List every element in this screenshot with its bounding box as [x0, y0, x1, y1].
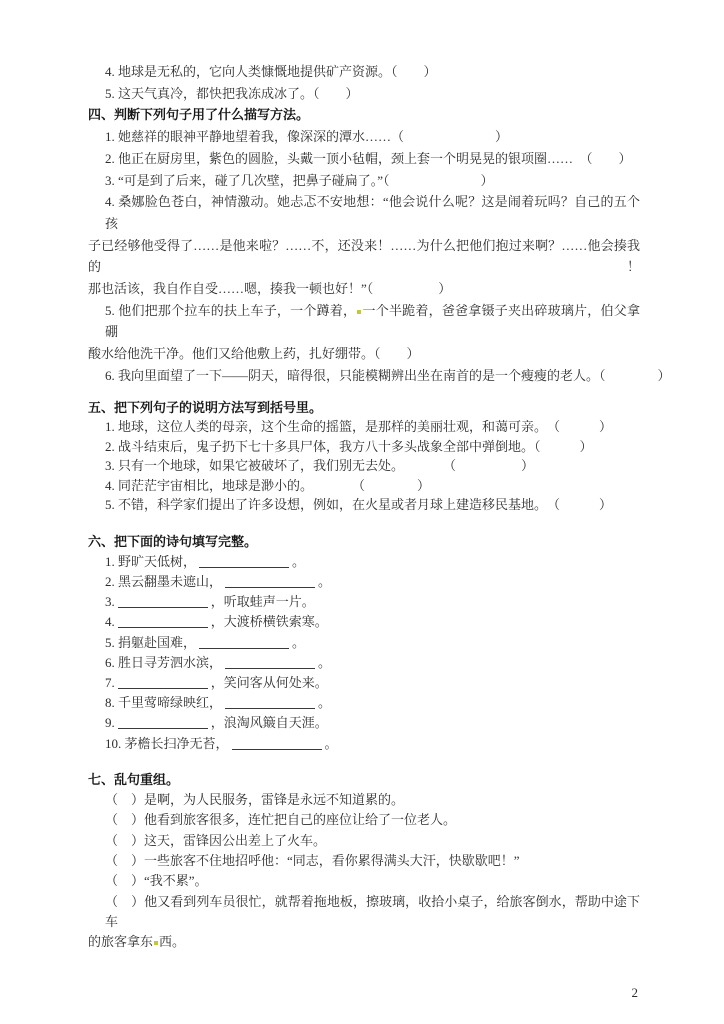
fill-in-blank [118, 614, 208, 628]
poem-text: ，听取蛙声一片。 [211, 594, 315, 609]
poem-text: ，笑问客从何处来。 [211, 675, 328, 690]
question-text: 5. 不错，科学家们提出了许多设想，例如，在火星或者月球上建造移民基地。 （ ） [105, 497, 612, 512]
poem-item: 1. 野旷天低树，。 [88, 552, 640, 572]
section-5-explanation-methods: 五、把下列句子的说明方法写到括号里。 1. 地球，这位人类的母亲，这个生命的摇篮… [88, 398, 640, 515]
question-item: 6. 我向里面望了一下——阴天，暗得很，只能模糊辨出坐在南首的是一个瘦瘦的老人。… [88, 365, 640, 387]
question-continuation: 酸水给他洗干净。他们又给他敷上药，扎好绷带。（ ） [88, 343, 640, 365]
question-text: 6. 我向里面望了一下——阴天，暗得很，只能模糊辨出坐在南首的是一个瘦瘦的老人。… [105, 368, 671, 383]
poem-text: 。 [292, 635, 305, 650]
poem-text: 5. 捐躯赴国难， [105, 635, 196, 650]
poem-item: 10. 茅檐长扫净无苔，。 [88, 734, 640, 754]
sentence-item: （ ）他又看到列车员很忙，就帮着拖地板，擦玻璃，收拾小桌子，给旅客倒水，帮助中途… [88, 892, 640, 933]
question-item: 1. 她慈祥的眼神平静地望着我，像深深的潭水……（ ） [88, 126, 640, 148]
section-6-poem-completion: 六、把下面的诗句填写完整。 1. 野旷天低树，。 2. 黑云翻墨未遮山，。 3.… [88, 532, 640, 754]
poem-item: 3.，听取蛙声一片。 [88, 592, 640, 612]
sentence-text: 西。 [159, 934, 185, 949]
sentence-text: （ ）这天，雷锋因公出差上了火车。 [105, 833, 326, 848]
section-continued-items: 4. 地球是无私的，它向人类慷慨地提供矿产资源。（ ） 5. 这天气真冷，都快把… [88, 61, 640, 104]
fill-in-blank [199, 635, 289, 649]
question-item: 3. “可是到了后来，碰了几次壁，把鼻子碰扁了。”（ ） [88, 170, 640, 192]
question-text: 4. 同茫茫宇宙相比，地球是渺小的。 （ ） [105, 478, 430, 493]
sentence-item: （ ）这天，雷锋因公出差上了火车。 [88, 831, 640, 851]
sentence-item: （ ）是啊，为人民服务，雷锋是永远不知道累的。 [88, 790, 640, 810]
poem-item: 6. 胜日寻芳泗水滨，。 [88, 653, 640, 673]
page-number: 2 [632, 985, 639, 1001]
poem-text: 2. 黑云翻墨未遮山， [105, 574, 222, 589]
question-continuation: 那也活该，我自作自受……嗯，揍我一顿也好！”（ ） [88, 278, 640, 300]
poem-text: ，浪淘风簸自天涯。 [211, 715, 328, 730]
question-item: 1. 地球，这位人类的母亲，这个生命的摇篮，是那样的美丽壮观，和蔼可亲。 （ ） [88, 417, 640, 437]
question-item: 5. 他们把那个拉车的扶上车子，一个蹲着，一个半跪着，爸爸拿镊子夹出碎玻璃片，伯… [88, 300, 640, 343]
poem-item: 9.，浪淘风簸自天涯。 [88, 713, 640, 733]
section-4-description-methods: 四、判断下列句子用了什么描写方法。 1. 她慈祥的眼神平静地望着我，像深深的潭水… [88, 104, 640, 386]
sentence-continuation: 的旅客拿东西。 [88, 932, 640, 952]
poem-text: 。 [318, 695, 331, 710]
poem-text: 。 [292, 554, 305, 569]
poem-text: 4. [105, 614, 115, 629]
poem-text: 8. 千里莺啼绿映红， [105, 695, 222, 710]
question-item: 2. 战斗结束后，鬼子扔下七十多具尸体，我方八十多头战象全部中弹倒地。（ ） [88, 437, 640, 457]
question-text: 1. 她慈祥的眼神平静地望着我，像深深的潭水……（ ） [105, 129, 508, 144]
section-7-sentence-reorder: 七、乱句重组。 （ ）是啊，为人民服务，雷锋是永远不知道累的。 （ ）他看到旅客… [88, 770, 640, 953]
section-heading: 六、把下面的诗句填写完整。 [88, 532, 640, 552]
question-item: 4. 桑娜脸色苍白，神情激动。她忐忑不安地想：“他会说什么呢？这是闹着玩吗？自己… [88, 191, 640, 234]
sentence-text: （ ）他看到旅客很多，连忙把自己的座位让给了一位老人。 [105, 812, 456, 827]
question-item: 3. 只有一个地球，如果它被破坏了，我们别无去处。 （ ） [88, 456, 640, 476]
question-text: 4. 地球是无私的，它向人类慷慨地提供矿产资源。（ ） [105, 64, 437, 79]
question-text: 5. 这天气真冷，都快把我冻成冰了。（ ） [105, 86, 359, 101]
question-text: 酸水给他洗干净。他们又给他敷上药，扎好绷带。（ ） [88, 346, 420, 361]
question-item: 4. 地球是无私的，它向人类慷慨地提供矿产资源。（ ） [88, 61, 640, 83]
document-page: 4. 地球是无私的，它向人类慷慨地提供矿产资源。（ ） 5. 这天气真冷，都快把… [0, 0, 724, 1024]
poem-item: 4.，大渡桥横铁索寒。 [88, 612, 640, 632]
poem-text: 6. 胜日寻芳泗水滨， [105, 655, 222, 670]
poem-text: ，大渡桥横铁索寒。 [211, 614, 328, 629]
sentence-item: （ ）“我不累”。 [88, 871, 640, 891]
poem-item: 7.，笑问客从何处来。 [88, 673, 640, 693]
poem-text: 10. 茅檐长扫净无苔， [105, 736, 229, 751]
sentence-item: （ ）一些旅客不住地招呼他：“同志，看你累得满头大汗，快歇歇吧！” [88, 851, 640, 871]
fill-in-blank [118, 594, 208, 608]
sentence-text: （ ）一些旅客不住地招呼他：“同志，看你累得满头大汗，快歇歇吧！” [105, 853, 520, 868]
poem-item: 8. 千里莺啼绿映红，。 [88, 693, 640, 713]
section-heading: 四、判断下列句子用了什么描写方法。 [88, 104, 640, 126]
question-text: 2. 战斗结束后，鬼子扔下七十多具尸体，我方八十多头战象全部中弹倒地。（ ） [105, 439, 593, 454]
section-heading: 五、把下列句子的说明方法写到括号里。 [88, 398, 640, 418]
sentence-item: （ ）他看到旅客很多，连忙把自己的座位让给了一位老人。 [88, 810, 640, 830]
poem-text: 7. [105, 675, 115, 690]
question-item: 5. 这天气真冷，都快把我冻成冰了。（ ） [88, 83, 640, 105]
poem-item: 5. 捐躯赴国难，。 [88, 633, 640, 653]
question-item: 2. 他正在厨房里，紫色的圆脸，头戴一顶小毡帽，颈上套一个明晃晃的银项圈…… （… [88, 148, 640, 170]
question-text: 那也活该，我自作自受……嗯，揍我一顿也好！”（ ） [88, 281, 451, 296]
question-continuation: 子已经够他受得了……是他来啦？……不，还没来！……为什么把他们抱过来啊？……他会… [88, 235, 640, 278]
sentence-text: （ ）是啊，为人民服务，雷锋是永远不知道累的。 [105, 792, 404, 807]
sentence-text: 的旅客拿东 [88, 934, 153, 949]
poem-text: 。 [325, 736, 338, 751]
poem-text: 3. [105, 594, 115, 609]
section-heading: 七、乱句重组。 [88, 770, 640, 790]
question-text: 2. 他正在厨房里，紫色的圆脸，头戴一顶小毡帽，颈上套一个明晃晃的银项圈…… （… [105, 151, 632, 166]
fill-in-blank [225, 695, 315, 709]
sentence-text: （ ）“我不累”。 [105, 873, 208, 888]
poem-item: 2. 黑云翻墨未遮山，。 [88, 572, 640, 592]
worksheet-content: 4. 地球是无私的，它向人类慷慨地提供矿产资源。（ ） 5. 这天气真冷，都快把… [88, 61, 640, 952]
question-text: 3. “可是到了后来，碰了几次壁，把鼻子碰扁了。”（ ） [105, 173, 494, 188]
question-text: 子已经够他受得了……是他来啦？……不，还没来！……为什么把他们抱过来啊？……他会… [88, 238, 640, 275]
poem-text: 9. [105, 715, 115, 730]
question-text: 4. 桑娜脸色苍白，神情激动。她忐忑不安地想：“他会说什么呢？这是闹着玩吗？自己… [105, 194, 640, 231]
sentence-text: （ ）他又看到列车员很忙，就帮着拖地板，擦玻璃，收拾小桌子，给旅客倒水，帮助中途… [105, 894, 640, 929]
poem-text: 1. 野旷天低树， [105, 554, 196, 569]
fill-in-blank [232, 736, 322, 750]
question-text: 1. 地球，这位人类的母亲，这个生命的摇篮，是那样的美丽壮观，和蔼可亲。 （ ） [105, 419, 612, 434]
fill-in-blank [225, 574, 315, 588]
poem-text: 。 [318, 574, 331, 589]
poem-text: 。 [318, 655, 331, 670]
question-text: 5. 他们把那个拉车的扶上车子，一个蹲着， [105, 303, 356, 318]
fill-in-blank [225, 655, 315, 669]
fill-in-blank [118, 675, 208, 689]
question-item: 5. 不错，科学家们提出了许多设想，例如，在火星或者月球上建造移民基地。 （ ） [88, 495, 640, 515]
question-item: 4. 同茫茫宇宙相比，地球是渺小的。 （ ） [88, 476, 640, 496]
question-text: 3. 只有一个地球，如果它被破坏了，我们别无去处。 （ ） [105, 458, 534, 473]
highlight-dot-icon [357, 310, 361, 314]
highlight-dot-icon [154, 941, 158, 945]
fill-in-blank [118, 715, 208, 729]
fill-in-blank [199, 554, 289, 568]
